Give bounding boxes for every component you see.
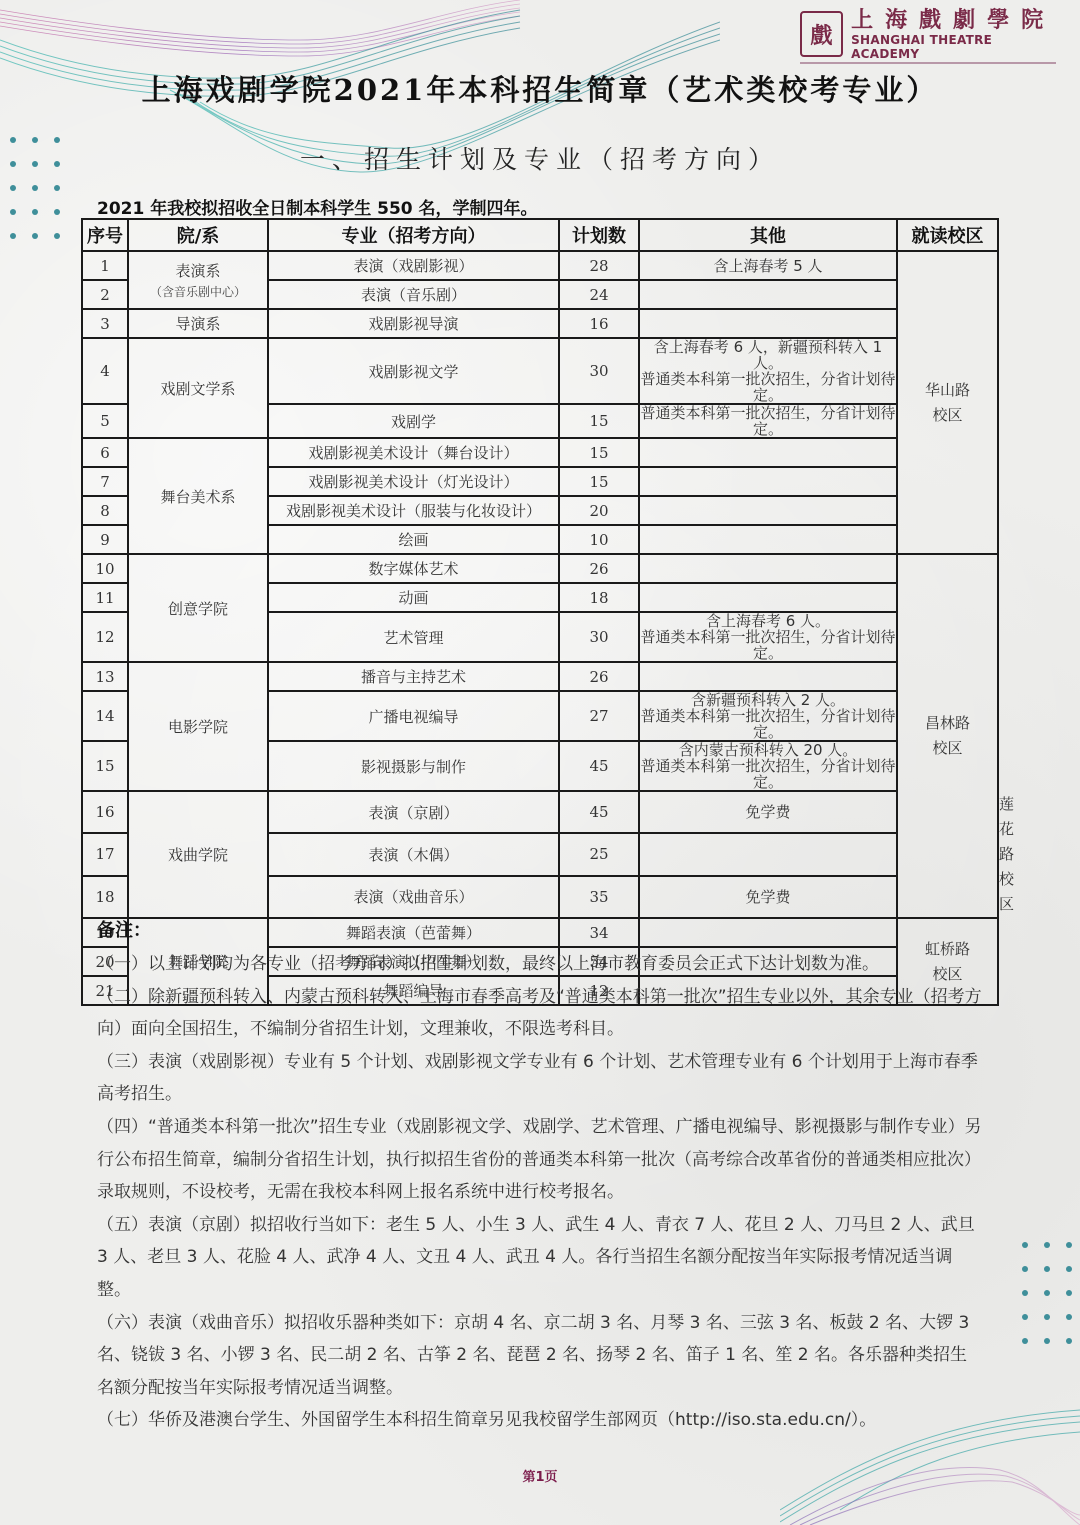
major-cell: 表演（音乐剧）: [268, 280, 559, 309]
intro-text: 2021 年我校拟招收全日制本科学生 550 名，学制四年。: [97, 194, 538, 219]
major-cell: 表演（戏剧影视）: [268, 251, 559, 280]
note-item: （三）表演（戏剧影视）专业有 5 个计划、戏剧影视文学专业有 6 个计划、艺术管…: [97, 1046, 982, 1111]
note-item: （二）除新疆预科转入、内蒙古预科转入、上海市春季高考及“普通类本科第一批次”招生…: [97, 981, 982, 1046]
header-no: 序号: [82, 219, 128, 251]
note-item: （四）“普通类本科第一批次”招生专业（戏剧影视文学、戏剧学、艺术管理、广播电视编…: [97, 1111, 982, 1209]
department-cell: 导演系: [128, 309, 268, 338]
major-cell: 表演（京剧）: [268, 791, 559, 833]
note-item: （七）华侨及港澳台学生、外国留学生本科招生简章另见我校留学生部网页（http:/…: [97, 1404, 982, 1437]
table-row: 4 戏剧文学系 戏剧影视文学 30 含上海春考 6 人，新疆预科转入 1 人。普…: [82, 338, 998, 404]
logo-mark-icon: 戲: [800, 11, 843, 57]
table-header-row: 序号 院/系 专业（招考方向） 计划数 其他 就读校区: [82, 219, 998, 251]
header-campus: 就读校区: [897, 219, 998, 251]
table-row: 3 导演系 戏剧影视导演 16: [82, 309, 998, 338]
row-no: 1: [82, 251, 128, 280]
note-item: （一）以上计划均为各专业（招考方向）拟招生计划数，最终以上海市教育委员会正式下达…: [97, 948, 982, 981]
logo-divider: [800, 62, 1056, 64]
campus-cell: 昌林路校区: [897, 554, 998, 918]
major-cell: 戏剧影视美术设计（舞台设计）: [268, 438, 559, 467]
major-cell: 动画: [268, 583, 559, 612]
page-title: 上海戏剧学院2021年本科招生简章（艺术类校考专业）: [0, 68, 1080, 109]
section-title: 一、招生计划及专业（招考方向）: [0, 140, 1080, 176]
major-cell: 绘画: [268, 525, 559, 554]
count-cell: 28: [559, 251, 639, 280]
major-cell: 表演（戏曲音乐）: [268, 876, 559, 918]
major-cell: 表演（木偶）: [268, 833, 559, 875]
major-cell: 戏剧影视导演: [268, 309, 559, 338]
department-sub: （含音乐剧中心）: [129, 283, 267, 300]
header-major: 专业（招考方向）: [268, 219, 559, 251]
major-cell: 播音与主持艺术: [268, 662, 559, 691]
table-row: 16 戏曲学院 表演（京剧） 45 免学费 莲花路校区: [82, 791, 998, 833]
page-number: 第1页: [0, 1466, 1080, 1485]
header-department: 院/系: [128, 219, 268, 251]
major-cell: 戏剧影视美术设计（服装与化妆设计）: [268, 496, 559, 525]
note-item: （六）表演（戏曲音乐）拟招收乐器种类如下：京胡 4 名、京二胡 3 名、月琴 3…: [97, 1307, 982, 1405]
department-name: 表演系: [175, 262, 220, 280]
major-cell: 艺术管理: [268, 612, 559, 662]
department-cell: 舞台美术系: [128, 438, 268, 554]
table-row: 10 创意学院 数字媒体艺术 26 昌林路校区: [82, 554, 998, 583]
header-count: 计划数: [559, 219, 639, 251]
department-cell: 戏曲学院: [128, 791, 268, 918]
note-item: （五）表演（京剧）拟招收行当如下：老生 5 人、小生 3 人、武生 4 人、青衣…: [97, 1209, 982, 1307]
major-cell: 影视摄影与制作: [268, 741, 559, 791]
major-cell: 数字媒体艺术: [268, 554, 559, 583]
major-cell: 戏剧影视文学: [268, 338, 559, 404]
campus-cell: 华山路校区: [897, 251, 998, 554]
enrollment-plan-table: 序号 院/系 专业（招考方向） 计划数 其他 就读校区 1 表演系（含音乐剧中心…: [81, 218, 999, 1006]
school-logo: 戲 上海戲劇學院 SHANGHAI THEATRE ACADEMY: [800, 8, 1060, 60]
notes-heading: 备注：: [97, 916, 982, 942]
header-other: 其他: [639, 219, 897, 251]
table-row: 13 电影学院 播音与主持艺术 26: [82, 662, 998, 691]
major-cell: 广播电视编导: [268, 691, 559, 741]
major-cell: 戏剧影视美术设计（灯光设计）: [268, 467, 559, 496]
major-cell: 戏剧学: [268, 404, 559, 438]
table-row: 6 舞台美术系 戏剧影视美术设计（舞台设计） 15: [82, 438, 998, 467]
dot-grid-right: [1022, 1242, 1072, 1344]
department-cell: 电影学院: [128, 662, 268, 791]
table-row: 1 表演系（含音乐剧中心） 表演（戏剧影视） 28 含上海春考 5 人 华山路校…: [82, 251, 998, 280]
other-cell: 含上海春考 5 人: [639, 251, 897, 280]
department-cell: 表演系（含音乐剧中心）: [128, 251, 268, 309]
logo-name-en: SHANGHAI THEATRE ACADEMY: [851, 33, 1060, 61]
department-cell: 戏剧文学系: [128, 338, 268, 438]
logo-name-cn: 上海戲劇學院: [851, 7, 1060, 33]
department-cell: 创意学院: [128, 554, 268, 662]
notes-section: 备注： （一）以上计划均为各专业（招考方向）拟招生计划数，最终以上海市教育委员会…: [97, 916, 982, 1437]
